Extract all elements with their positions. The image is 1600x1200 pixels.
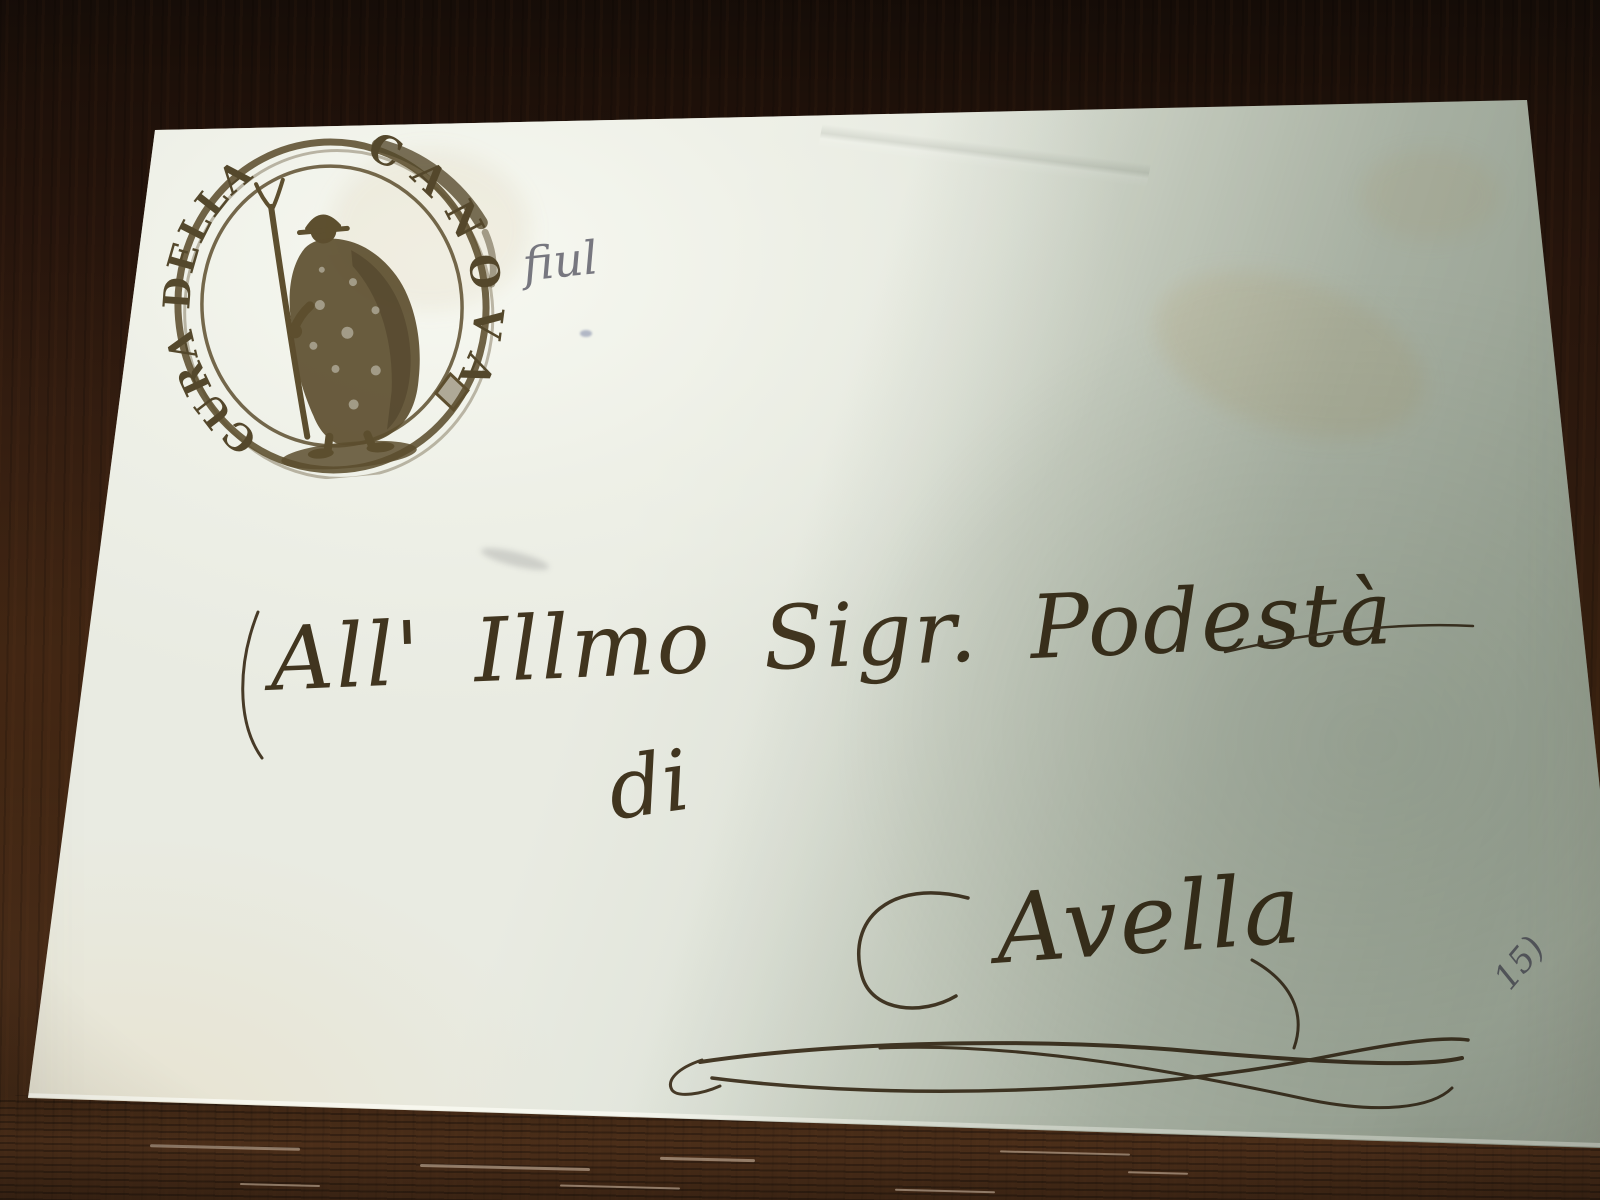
- address-line-1: All' Illmo Sigr. Podestà: [268, 561, 1396, 711]
- ink-flourish-loop: [670, 1060, 720, 1094]
- ink-flourish-comma: [1252, 960, 1298, 1048]
- stamp-arc-text-left: CURA DELLA: [146, 147, 286, 470]
- staff-fork-icon: [256, 180, 285, 210]
- ink-dot: [580, 330, 592, 337]
- ink-flourish-underline: [700, 1043, 1462, 1063]
- address-line-2: di: [602, 731, 695, 839]
- ink-flourish-underline: [712, 1039, 1468, 1091]
- photo-scene: CURA DELLA CANOVA: [0, 0, 1600, 1200]
- paper-stain: [1134, 240, 1447, 469]
- stamp-arc-text-left-path: CURA DELLA: [146, 147, 286, 470]
- folded-letter-cover: CURA DELLA CANOVA: [0, 0, 1600, 1200]
- pilgrim-saint-figure-icon: [256, 169, 429, 474]
- pencil-smudge: [479, 544, 550, 575]
- pencil-annotation: fiul: [520, 230, 600, 292]
- pencil-number-annotation: 15): [1486, 929, 1553, 998]
- paper-stain: [1360, 150, 1500, 240]
- ink-flourish-opening: [243, 612, 262, 758]
- ink-flourish-underline: [880, 1047, 1452, 1107]
- parish-stamp: CURA DELLA CANOVA: [146, 120, 519, 493]
- ink-flourish-capital: [859, 893, 968, 1008]
- address-line-3: Avella: [992, 853, 1306, 986]
